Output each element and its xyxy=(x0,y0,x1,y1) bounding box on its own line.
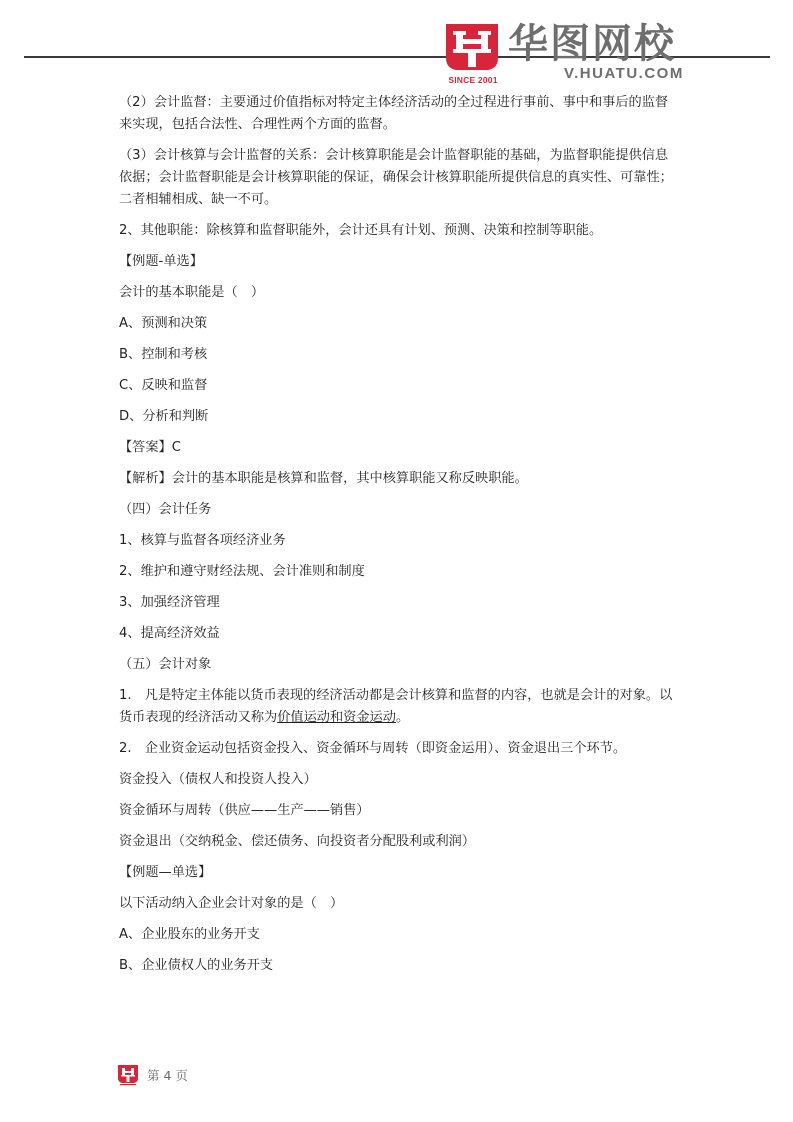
page-number: 第 4 页 xyxy=(147,1066,188,1084)
answer-1: 【答案】C xyxy=(119,437,679,459)
object-para-suffix: 。 xyxy=(396,710,409,725)
logo-since: SINCE 2001 xyxy=(444,75,502,85)
para-relationship: （3）会计核算与会计监督的关系：会计核算职能是会计监督职能的基础，为监督职能提供… xyxy=(119,145,679,211)
document-body: （2）会计监督：主要通过价值指标对特定主体经济活动的全过程进行事前、事中和事后的… xyxy=(119,92,679,986)
huatu-footer-logo-icon xyxy=(117,1064,139,1086)
capital-input: 资金投入（债权人和投资人投入） xyxy=(119,769,679,791)
para-other-functions: 2、其他职能：除核算和监督职能外，会计还具有计划、预测、决策和控制等职能。 xyxy=(119,220,679,242)
example-heading-1: 【例题-单选】 xyxy=(119,251,679,273)
huatu-shield-icon xyxy=(444,22,500,72)
para-accounting-supervision: （2）会计监督：主要通过价值指标对特定主体经济活动的全过程进行事前、事中和事后的… xyxy=(119,92,679,136)
para-object-definition: 1. 凡是特定主体能以货币表现的经济活动都是会计核算和监督的内容，也就是会计的对… xyxy=(119,685,679,729)
page-footer: 第 4 页 xyxy=(117,1062,188,1088)
option-1d: D、分析和判断 xyxy=(119,406,679,428)
option-1c: C、反映和监督 xyxy=(119,375,679,397)
capital-exit: 资金退出（交纳税金、偿还债务、向投资者分配股利或利润） xyxy=(119,831,679,853)
option-2b: B、企业债权人的业务开支 xyxy=(119,955,679,977)
task-item-2: 2、维护和遵守财经法规、会计准则和制度 xyxy=(119,561,679,583)
option-1a: A、预测和决策 xyxy=(119,313,679,335)
section-heading-object: （五）会计对象 xyxy=(119,654,679,676)
object-para-underlined: 价值运动和资金运动 xyxy=(277,710,396,725)
section-heading-tasks: （四）会计任务 xyxy=(119,499,679,521)
task-item-3: 3、加强经济管理 xyxy=(119,592,679,614)
logo-url: V.HUATU.COM xyxy=(564,65,684,82)
example-heading-2: 【例题—单选】 xyxy=(119,862,679,884)
para-capital-movement: 2. 企业资金运动包括资金投入、资金循环与周转（即资金运用）、资金退出三个环节。 xyxy=(119,738,679,760)
capital-circulation: 资金循环与周转（供应——生产——销售） xyxy=(119,800,679,822)
question-1: 会计的基本职能是（ ） xyxy=(119,282,679,304)
logo-brand-cn: 华图网校 xyxy=(508,20,676,68)
huatu-logo: SINCE 2001 华图网校 V.HUATU.COM xyxy=(444,20,694,92)
task-item-4: 4、提高经济效益 xyxy=(119,623,679,645)
option-1b: B、控制和考核 xyxy=(119,344,679,366)
explanation-1: 【解析】会计的基本职能是核算和监督，其中核算职能又称反映职能。 xyxy=(119,468,679,490)
question-2: 以下活动纳入企业会计对象的是（ ） xyxy=(119,893,679,915)
option-2a: A、企业股东的业务开支 xyxy=(119,924,679,946)
task-item-1: 1、核算与监督各项经济业务 xyxy=(119,530,679,552)
